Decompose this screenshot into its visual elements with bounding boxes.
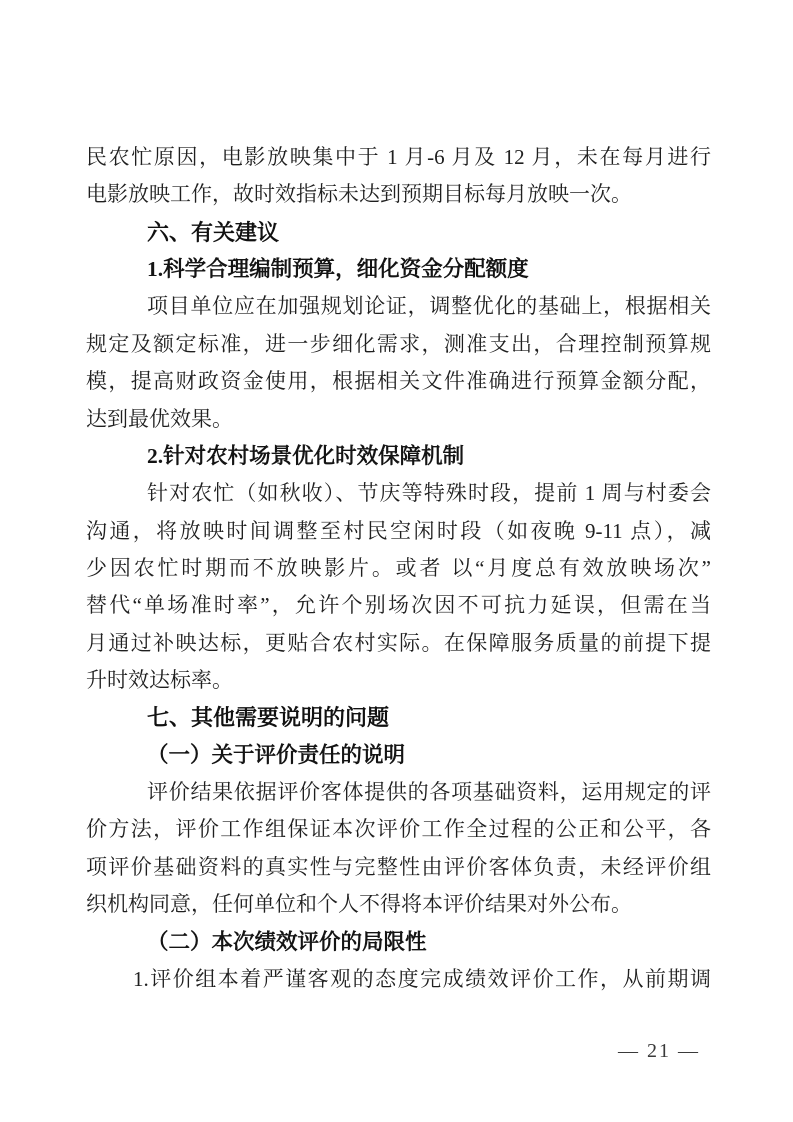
text-line: 升时效达标率。 (86, 662, 711, 699)
heading-text: （二）本次绩效评价的局限性 (86, 924, 711, 961)
text-line: 少因农忙时期而不放映影片。或者 以“月度总有效放映场次” (86, 550, 711, 587)
text-line: 替代“单场准时率”，允许个别场次因不可抗力延误，但需在当 (86, 587, 711, 624)
text-line: 沟通，将放映时间调整至村民空闲时段（如夜晚 9-11 点），减 (86, 513, 711, 550)
text-line: 价方法，评价工作组保证本次评价工作全过程的公正和公平，各 (86, 811, 711, 848)
heading-text: 六、有关建议 (86, 214, 711, 251)
text-line: 月通过补映达标，更贴合农村实际。在保障服务质量的前提下提 (86, 625, 711, 662)
document-content: 民农忙原因，电影放映集中于 1 月-6 月及 12 月，未在每月进行电影放映工作… (86, 139, 711, 998)
paragraph: 民农忙原因，电影放映集中于 1 月-6 月及 12 月，未在每月进行电影放映工作… (86, 139, 711, 214)
text-line: 达到最优效果。 (86, 401, 711, 438)
paragraph: 评价结果依据评价客体提供的各项基础资料，运用规定的评价方法，评价工作组保证本次评… (86, 774, 711, 923)
text-line: 模，提高财政资金使用，根据相关文件准确进行预算金额分配， (86, 363, 711, 400)
subsection-heading: （二）本次绩效评价的局限性 (86, 924, 711, 961)
text-line: 项评价基础资料的真实性与完整性由评价客体负责，未经评价组 (86, 849, 711, 886)
text-line: 项目单位应在加强规划论证，调整优化的基础上，根据相关 (86, 288, 711, 325)
page-number: — 21 — (618, 1040, 700, 1062)
heading-text: 1.科学合理编制预算，细化资金分配额度 (86, 251, 711, 288)
subsection-heading: （一）关于评价责任的说明 (86, 737, 711, 774)
text-line: 针对农忙（如秋收）、节庆等特殊时段，提前 1 周与村委会 (86, 475, 711, 512)
document-page: 民农忙原因，电影放映集中于 1 月-6 月及 12 月，未在每月进行电影放映工作… (0, 0, 793, 1122)
text-line: 1.评价组本着严谨客观的态度完成绩效评价工作，从前期调 (86, 961, 711, 998)
text-line: 电影放映工作，故时效指标未达到预期目标每月放映一次。 (86, 176, 711, 213)
subsection-heading: 1.科学合理编制预算，细化资金分配额度 (86, 251, 711, 288)
paragraph: 针对农忙（如秋收）、节庆等特殊时段，提前 1 周与村委会沟通，将放映时间调整至村… (86, 475, 711, 699)
text-line: 民农忙原因，电影放映集中于 1 月-6 月及 12 月，未在每月进行 (86, 139, 711, 176)
text-line: 规定及额定标准，进一步细化需求，测准支出，合理控制预算规 (86, 326, 711, 363)
section-heading: 六、有关建议 (86, 214, 711, 251)
paragraph: 1.评价组本着严谨客观的态度完成绩效评价工作，从前期调 (86, 961, 711, 998)
page-footer: — 21 — (618, 1040, 700, 1063)
paragraph: 项目单位应在加强规划论证，调整优化的基础上，根据相关规定及额定标准，进一步细化需… (86, 288, 711, 437)
text-line: 评价结果依据评价客体提供的各项基础资料，运用规定的评 (86, 774, 711, 811)
text-line: 织机构同意，任何单位和个人不得将本评价结果对外公布。 (86, 886, 711, 923)
heading-text: 2.针对农村场景优化时效保障机制 (86, 438, 711, 475)
heading-text: （一）关于评价责任的说明 (86, 737, 711, 774)
section-heading: 七、其他需要说明的问题 (86, 699, 711, 736)
subsection-heading: 2.针对农村场景优化时效保障机制 (86, 438, 711, 475)
heading-text: 七、其他需要说明的问题 (86, 699, 711, 736)
